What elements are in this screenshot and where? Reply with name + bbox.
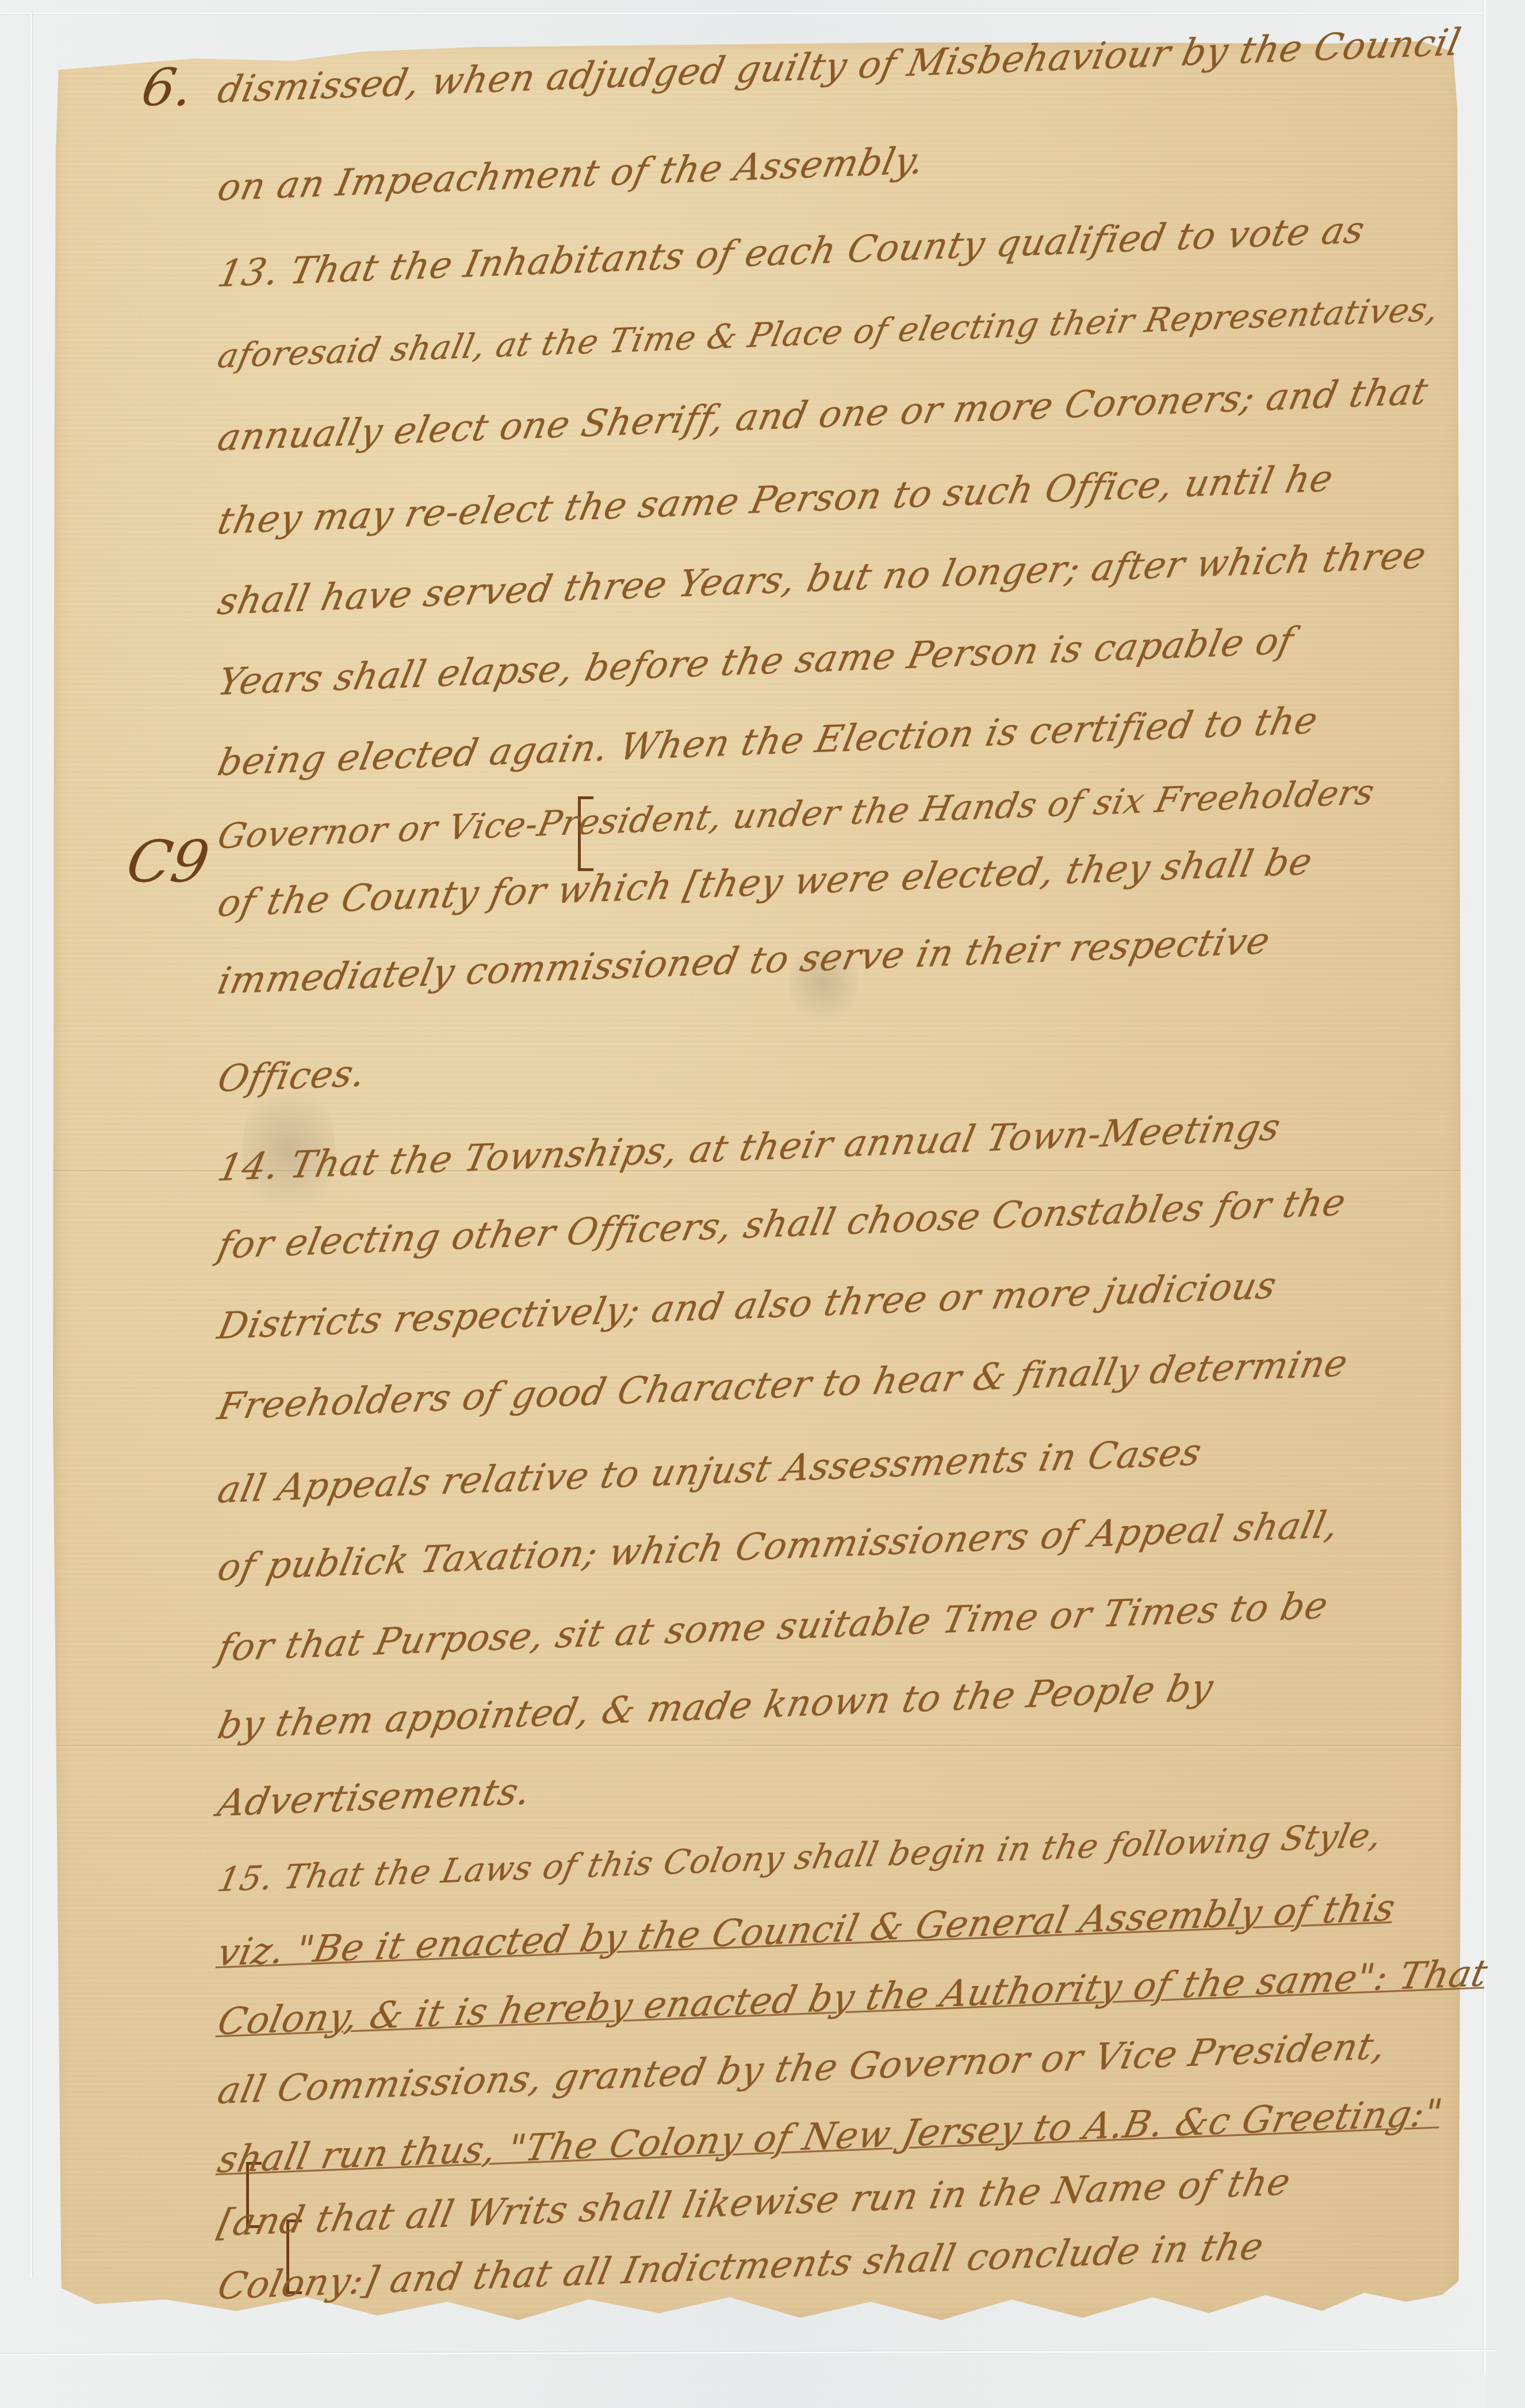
margin-annotation: C9 [122, 828, 214, 895]
sleeve-edge-top [0, 13, 1525, 14]
manuscript-line: Offices. [214, 1052, 370, 1101]
sleeve-margin-right [1486, 0, 1525, 2408]
sleeve-edge-bottom [0, 2350, 1495, 2356]
sleeve-edge-right [1484, 0, 1486, 2375]
sleeve-edge-left [30, 13, 32, 2278]
